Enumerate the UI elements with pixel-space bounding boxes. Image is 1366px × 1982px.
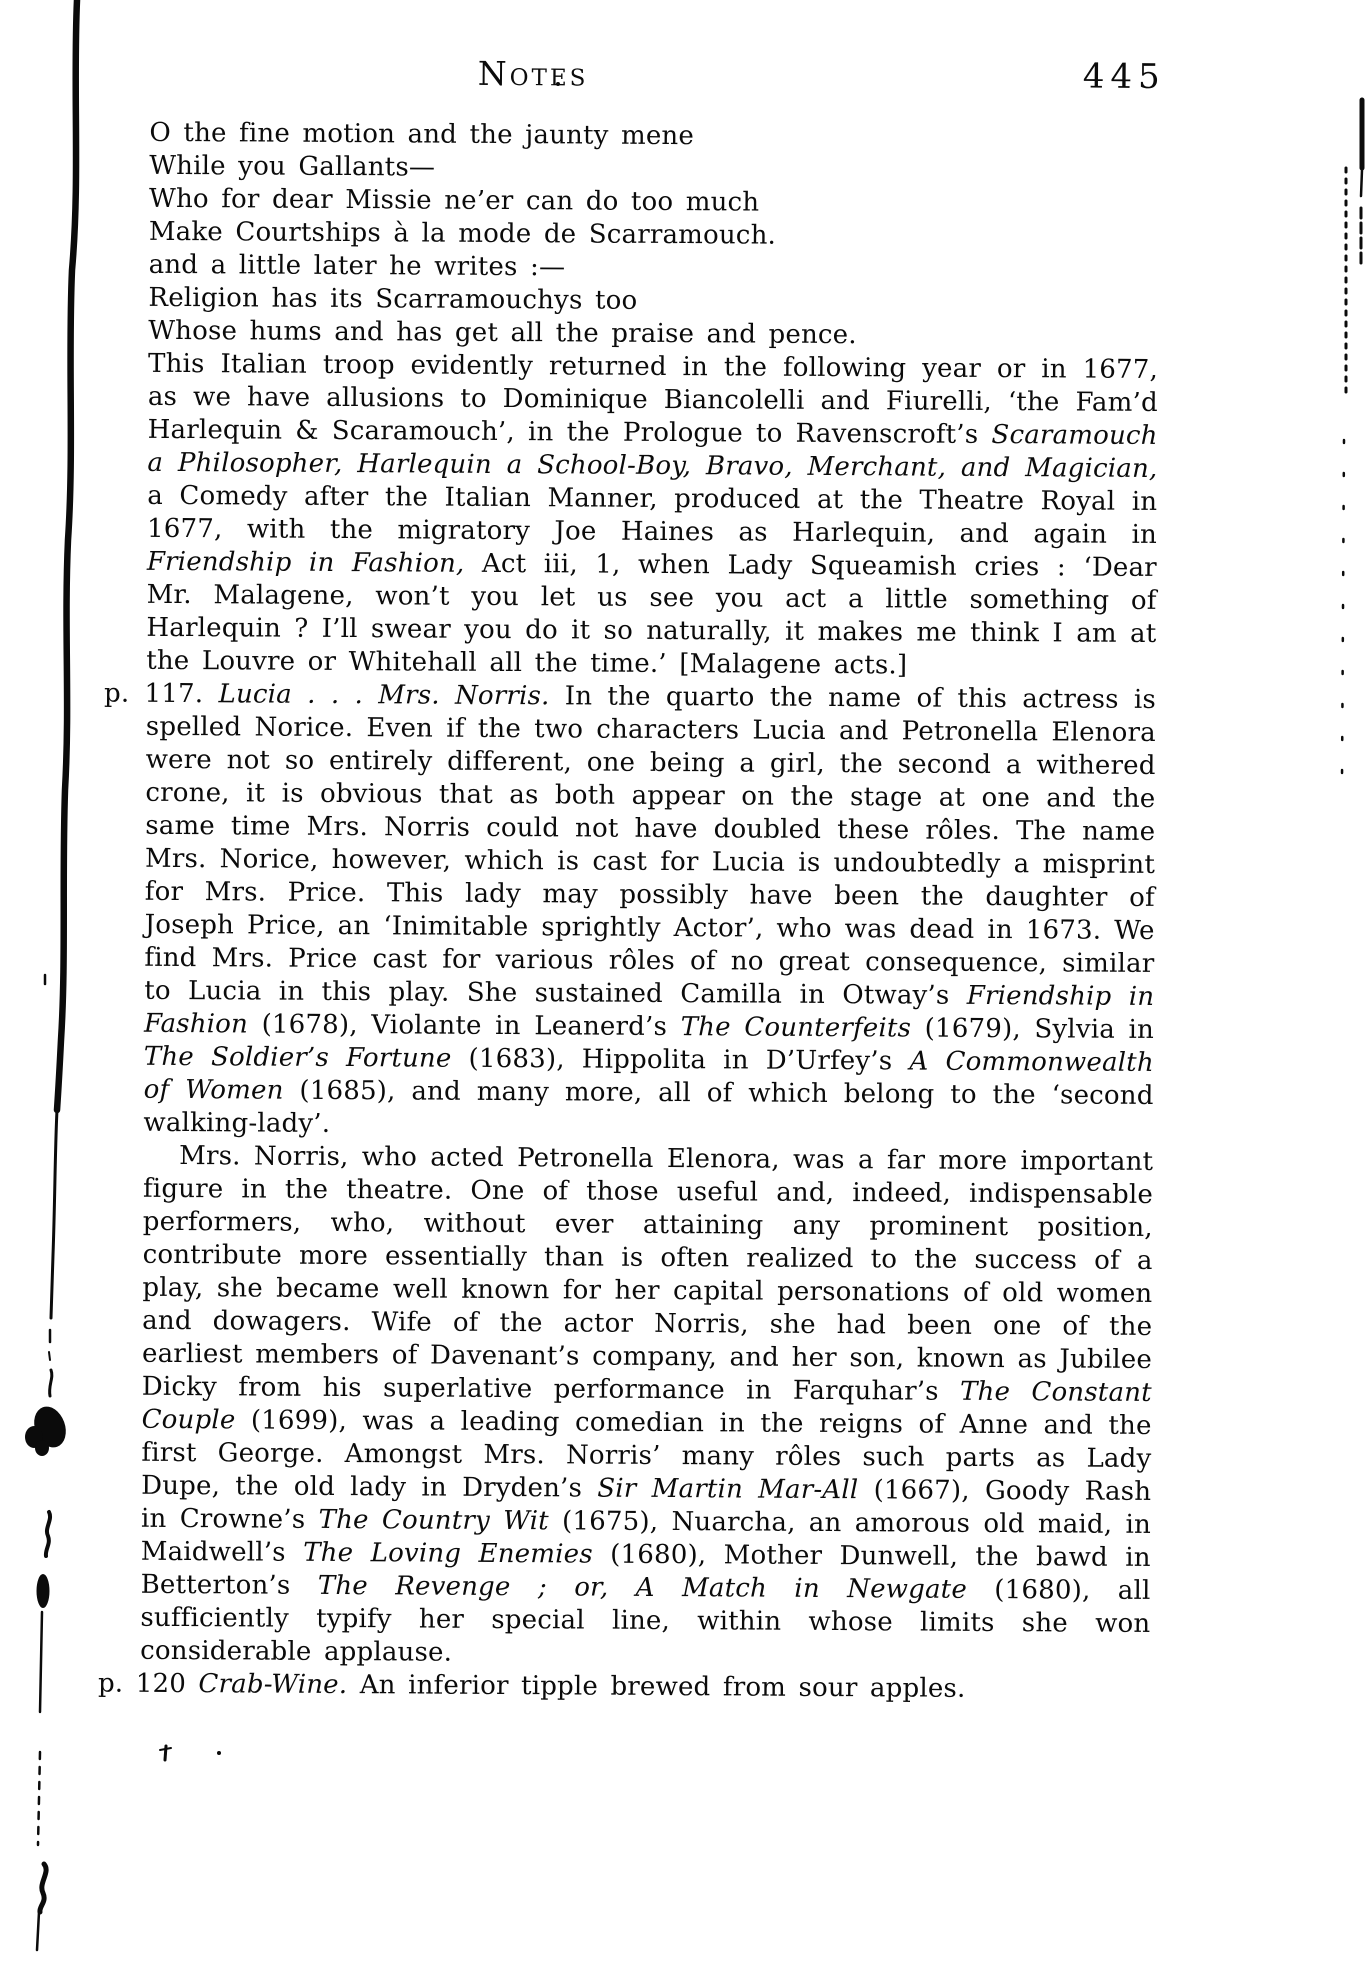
scanned-book-page: Notes 445 O the fine motion and the jaun… bbox=[0, 0, 1366, 1982]
verse-quote-2: Religion has its Scarramouchys too Whose… bbox=[148, 282, 1158, 354]
paragraph-mrs-norris: Mrs. Norris, who acted Petronella Elenor… bbox=[140, 1140, 1153, 1674]
note-entry-p117: p. 117. Lucia . . . Mrs. Norris. In the … bbox=[143, 678, 1156, 1146]
right-edge-scan-artifact bbox=[1300, 0, 1366, 1982]
page-header: Notes 445 bbox=[150, 47, 1160, 123]
note-entry-p120: p. 120 Crab-Wine. An inferior tipple bre… bbox=[140, 1668, 1150, 1707]
page-number: 445 bbox=[1083, 59, 1166, 96]
page-content: Notes 445 O the fine motion and the jaun… bbox=[140, 47, 1160, 1707]
verse-quote-1: O the fine motion and the jaunty mene Wh… bbox=[149, 117, 1160, 255]
paragraph-italian-troop: This Italian troop evidently returned in… bbox=[146, 348, 1158, 684]
page-title: Notes bbox=[478, 57, 589, 92]
